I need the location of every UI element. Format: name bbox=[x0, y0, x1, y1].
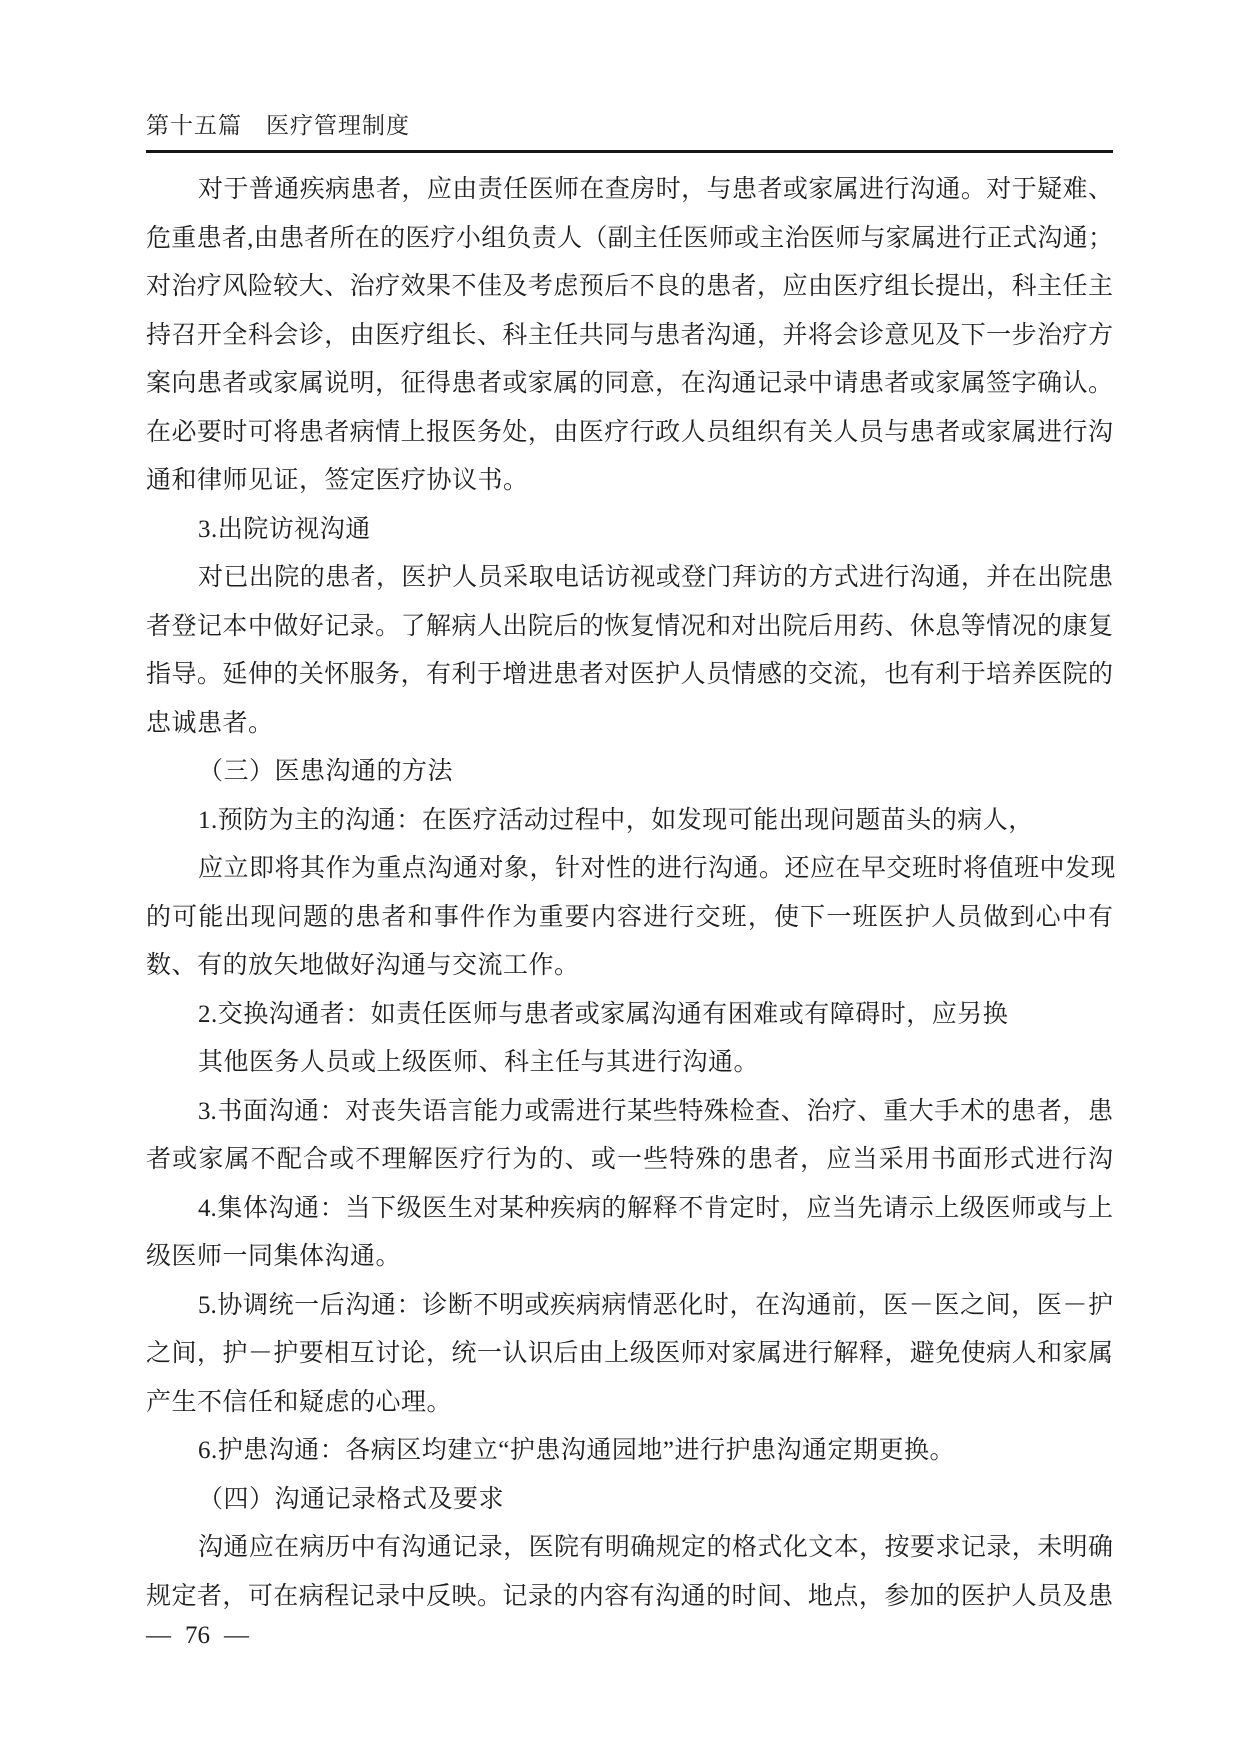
text-line: 级医师一同集体沟通。 bbox=[146, 1233, 1113, 1282]
text-line: 产生不信任和疑虑的心理。 bbox=[146, 1379, 1113, 1428]
text-line: 危重患者,由患者所在的医疗小组负责人（副主任医师或主治医师与家属进行正式沟通； bbox=[146, 215, 1113, 264]
document-body: 对于普通疾病患者，应由责任医师在查房时，与患者或家属进行沟通。对于疑难、危重患者… bbox=[146, 166, 1113, 1621]
text-line: 规定者，可在病程记录中反映。记录的内容有沟通的时间、地点，参加的医护人员及患 bbox=[146, 1573, 1113, 1622]
page-footer: —76— bbox=[146, 1616, 249, 1656]
text-line: 忠诚患者。 bbox=[146, 700, 1113, 749]
text-line: 之间，护－护要相互讨论，统一认识后由上级医师对家属进行解释，避免使病人和家属 bbox=[146, 1330, 1113, 1379]
text-line: 应立即将其作为重点沟通对象，针对性的进行沟通。还应在早交班时将值班中发现 bbox=[146, 845, 1113, 894]
document-page: 第十五篇 医疗管理制度 对于普通疾病患者，应由责任医师在查房时，与患者或家属进行… bbox=[0, 0, 1240, 1754]
text-line: 2.交换沟通者：如责任医师与患者或家属沟通有困难或有障碍时，应另换 bbox=[146, 991, 1113, 1040]
text-line: 1.预防为主的沟通：在医疗活动过程中，如发现可能出现问题苗头的病人， bbox=[146, 797, 1113, 846]
footer-dash-left: — bbox=[146, 1622, 171, 1649]
text-line: 者或家属不配合或不理解医疗行为的、或一些特殊的患者，应当采用书面形式进行沟通。 bbox=[146, 1136, 1113, 1185]
footer-page-number: 76 bbox=[185, 1622, 210, 1649]
text-line: 其他医务人员或上级医师、科主任与其进行沟通。 bbox=[146, 1039, 1113, 1088]
text-line: 在必要时可将患者病情上报医务处，由医疗行政人员组织有关人员与患者或家属进行沟 bbox=[146, 409, 1113, 458]
text-line: 3.书面沟通：对丧失语言能力或需进行某些特殊检查、治疗、重大手术的患者，患 bbox=[146, 1088, 1113, 1137]
text-line: 3.出院访视沟通 bbox=[146, 506, 1113, 555]
text-line: 通和律师见证，签定医疗协议书。 bbox=[146, 457, 1113, 506]
page-header-title: 第十五篇 医疗管理制度 bbox=[146, 110, 1113, 142]
text-line: （三）医患沟通的方法 bbox=[146, 748, 1113, 797]
text-line: 6.护患沟通：各病区均建立“护患沟通园地”进行护患沟通定期更换。 bbox=[146, 1427, 1113, 1476]
text-line: 对已出院的患者，医护人员采取电话访视或登门拜访的方式进行沟通，并在出院患 bbox=[146, 554, 1113, 603]
header-rule bbox=[146, 150, 1113, 153]
text-line: 持召开全科会诊，由医疗组长、科主任共同与患者沟通，并将会诊意见及下一步治疗方 bbox=[146, 312, 1113, 361]
text-line: 者登记本中做好记录。了解病人出院后的恢复情况和对出院后用药、休息等情况的康复 bbox=[146, 603, 1113, 652]
text-line: 指导。延伸的关怀服务，有利于增进患者对医护人员情感的交流，也有利于培养医院的 bbox=[146, 651, 1113, 700]
text-line: 5.协调统一后沟通：诊断不明或疾病病情恶化时，在沟通前，医－医之间，医－护 bbox=[146, 1282, 1113, 1331]
text-line: 数、有的放矢地做好沟通与交流工作。 bbox=[146, 942, 1113, 991]
text-line: 的可能出现问题的患者和事件作为重要内容进行交班，使下一班医护人员做到心中有 bbox=[146, 894, 1113, 943]
footer-dash-right: — bbox=[224, 1622, 249, 1649]
text-line: 沟通应在病历中有沟通记录，医院有明确规定的格式化文本，按要求记录，未明确 bbox=[146, 1524, 1113, 1573]
text-line: 4.集体沟通：当下级医生对某种疾病的解释不肯定时，应当先请示上级医师或与上 bbox=[146, 1185, 1113, 1234]
text-line: 对于普通疾病患者，应由责任医师在查房时，与患者或家属进行沟通。对于疑难、 bbox=[146, 166, 1113, 215]
text-line: 对治疗风险较大、治疗效果不佳及考虑预后不良的患者，应由医疗组长提出，科主任主 bbox=[146, 263, 1113, 312]
text-line: （四）沟通记录格式及要求 bbox=[146, 1476, 1113, 1525]
text-line: 案向患者或家属说明，征得患者或家属的同意，在沟通记录中请患者或家属签字确认。 bbox=[146, 360, 1113, 409]
